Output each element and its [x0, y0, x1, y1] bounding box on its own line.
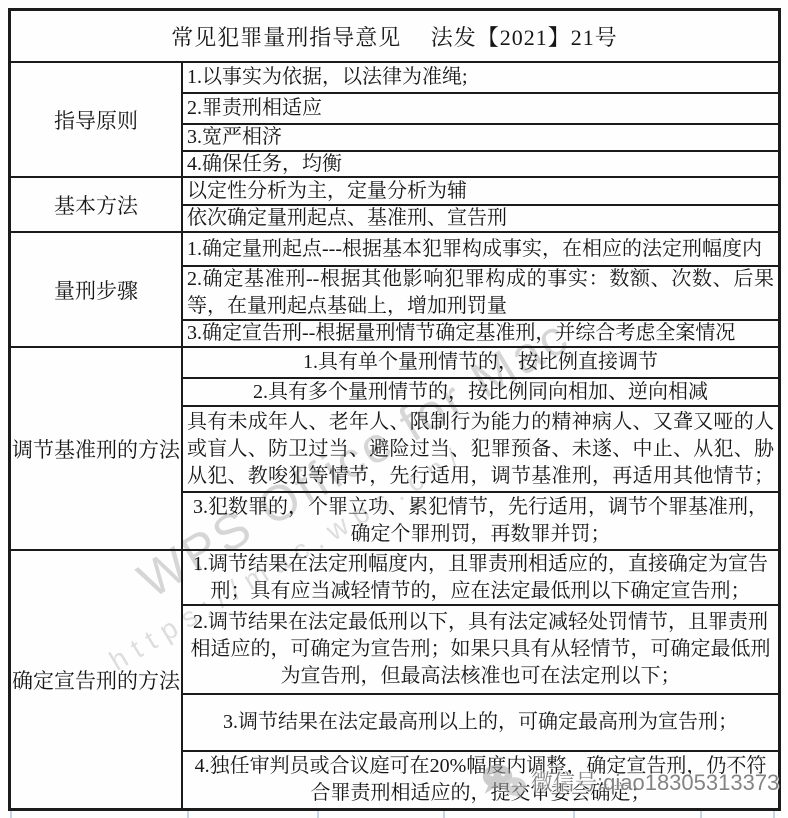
- gridline: [10, 811, 12, 818]
- gridline: [573, 811, 575, 818]
- cell-text: 2.具有多个量刑情节的，按比例同向相加、逆向相减: [187, 379, 774, 406]
- sentencing-guideline-table: 常见犯罪量刑指导意见 法发【2021】21号 指导原则 1.以事实为依据，以法律…: [8, 8, 781, 811]
- wechat-contact-badge: 微信号:qiao18305313373: [480, 762, 779, 800]
- cell-text: 从犯、教唆犯等情节，先行适用，调节基准刑，再适用其他情节；: [187, 463, 774, 490]
- cell-text: 相适应的，可确定为宣告刑；如果只具有从轻情节，可确定最低刑: [187, 636, 774, 663]
- gridline: [700, 811, 702, 818]
- table-cell: 3.犯数罪的，个罪立功、累犯情节，先行适用，调节个罪基准刑， 确定个罪刑罚，再数…: [183, 493, 778, 549]
- table-cell: 2.罪责刑相适应: [183, 94, 778, 125]
- cell-text: 1.以事实为依据，以法律为准绳;: [187, 64, 774, 91]
- cell-text: 3.调节结果在法定最高刑以上的，可确定最高刑为宣告刑；: [187, 709, 774, 736]
- gridline: [443, 811, 445, 818]
- cell-text: 等，在量刑起点基础上，增加刑罚量: [187, 293, 774, 320]
- table-cell: 2.具有多个量刑情节的，按比例同向相加、逆向相减: [183, 379, 778, 407]
- cell-text: 或盲人、防卫过当、避险过当、犯罪预备、未遂、中止、从犯、胁: [187, 436, 774, 463]
- section-adjust-base-penalty: 调节基准刑的方法 1.具有单个量刑情节的，按比例直接调节 2.具有多个量刑情节的…: [11, 348, 778, 551]
- cell-text: 确定个罪刑罚，再数罪并罚；: [187, 521, 774, 548]
- cell-text: 依次确定量刑起点、基准刑、宣告刑: [187, 205, 774, 232]
- cell-text: 2.罪责刑相适应: [187, 95, 774, 122]
- wechat-id-text: 微信号:qiao18305313373: [531, 766, 779, 797]
- cell-text: 3.宽严相济: [187, 124, 774, 151]
- gridline: [317, 811, 319, 818]
- table-cell: 依次确定量刑起点、基准刑、宣告刑: [183, 206, 778, 231]
- cell-text: 以定性分析为主，定量分析为辅: [187, 178, 774, 205]
- cell-text: 1.具有单个量刑情节的，按比例直接调节: [187, 349, 774, 376]
- cell-text: 为宣告刑，但最高法核准也可在法定刑以下；: [187, 663, 774, 690]
- table-title: 常见犯罪量刑指导意见 法发【2021】21号: [11, 11, 778, 63]
- section-label: 确定宣告刑的方法: [11, 551, 183, 808]
- cell-text: 1.调节结果在法定刑幅度内，且罪责刑相适应的，直接确定为宣告: [187, 551, 774, 578]
- cell-text: 3.确定宣告刑--根据量刑情节确定基准刑，并综合考虑全案情况: [187, 320, 774, 347]
- table-cell: 1.具有单个量刑情节的，按比例直接调节: [183, 348, 778, 379]
- gridline: [187, 811, 189, 818]
- wechat-icon: [480, 762, 528, 800]
- table-cell: 1.调节结果在法定刑幅度内，且罪责刑相适应的，直接确定为宣告 刑；具有应当减轻情…: [183, 551, 778, 606]
- table-cell: 以定性分析为主，定量分析为辅: [183, 178, 778, 206]
- cell-text: 2.确定基准刑--根据其他影响犯罪构成的事实：数额、次数、后果: [187, 266, 774, 293]
- section-label: 指导原则: [11, 63, 183, 176]
- gridline: [773, 811, 775, 818]
- cell-text: 1.确定量刑起点---根据基本犯罪构成事实，在相应的法定刑幅度内: [187, 236, 774, 263]
- section-label: 基本方法: [11, 178, 183, 231]
- section-guiding-principles: 指导原则 1.以事实为依据，以法律为准绳; 2.罪责刑相适应 3.宽严相济 4.…: [11, 63, 778, 178]
- section-basic-methods: 基本方法 以定性分析为主，定量分析为辅 依次确定量刑起点、基准刑、宣告刑: [11, 178, 778, 233]
- table-cell: 3.调节结果在法定最高刑以上的，可确定最高刑为宣告刑；: [183, 695, 778, 752]
- cell-text: 刑；具有应当减轻情节的，应在法定最低刑以下确定宣告刑；: [187, 578, 774, 605]
- table-cell: 4.确保任务，均衡: [183, 152, 778, 176]
- section-label: 量刑步骤: [11, 233, 183, 346]
- table-cell: 1.以事实为依据，以法律为准绳;: [183, 63, 778, 94]
- scanned-document: WPS Office for Mac https://mac.wps.cn/ 常…: [0, 0, 788, 818]
- table-cell: 具有未成年人、老年人、限制行为能力的精神病人、又聋又哑的人 或盲人、防卫过当、避…: [183, 407, 778, 493]
- cell-text: 2.调节结果在法定最低刑以下，具有法定减轻处罚情节，且罪责刑: [187, 609, 774, 636]
- table-cell: 1.确定量刑起点---根据基本犯罪构成事实，在相应的法定刑幅度内: [183, 233, 778, 267]
- table-cell: 3.确定宣告刑--根据量刑情节确定基准刑，并综合考虑全案情况: [183, 321, 778, 346]
- table-cell: 3.宽严相济: [183, 125, 778, 152]
- table-cell: 2.确定基准刑--根据其他影响犯罪构成的事实：数额、次数、后果 等，在量刑起点基…: [183, 267, 778, 321]
- cell-text: 4.确保任务，均衡: [187, 151, 774, 178]
- table-cell: 2.调节结果在法定最低刑以下，具有法定减轻处罚情节，且罪责刑 相适应的，可确定为…: [183, 606, 778, 695]
- cell-text: 3.犯数罪的，个罪立功、累犯情节，先行适用，调节个罪基准刑，: [187, 494, 774, 521]
- cell-text: 具有未成年人、老年人、限制行为能力的精神病人、又聋又哑的人: [187, 409, 774, 436]
- section-label: 调节基准刑的方法: [11, 348, 183, 549]
- section-sentencing-steps: 量刑步骤 1.确定量刑起点---根据基本犯罪构成事实，在相应的法定刑幅度内 2.…: [11, 233, 778, 348]
